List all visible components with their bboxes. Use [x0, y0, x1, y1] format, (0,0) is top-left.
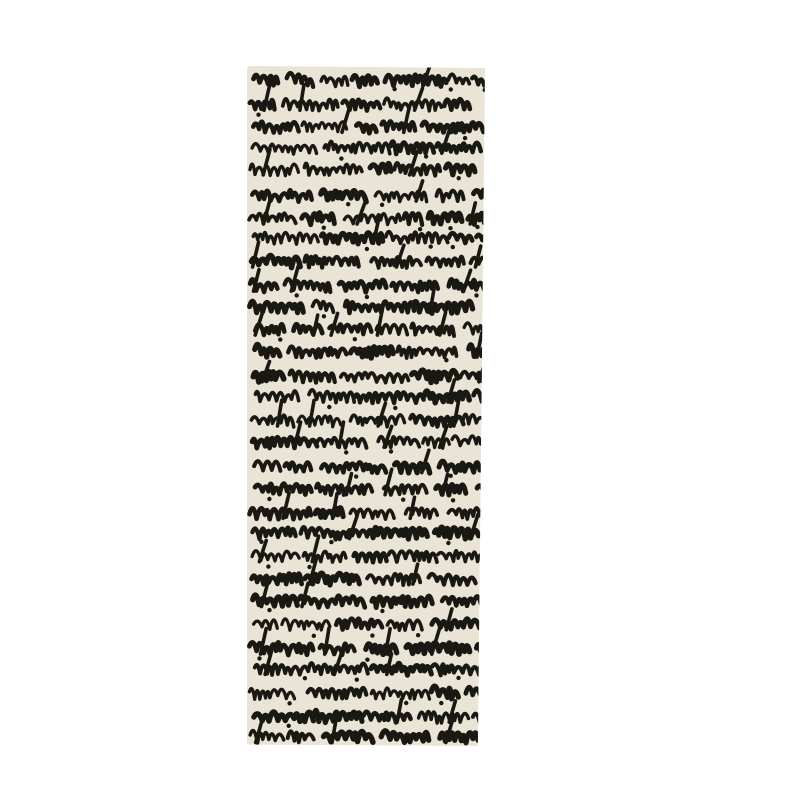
calligraphy-runner-rug: [247, 66, 485, 746]
script-pattern: [247, 66, 485, 746]
